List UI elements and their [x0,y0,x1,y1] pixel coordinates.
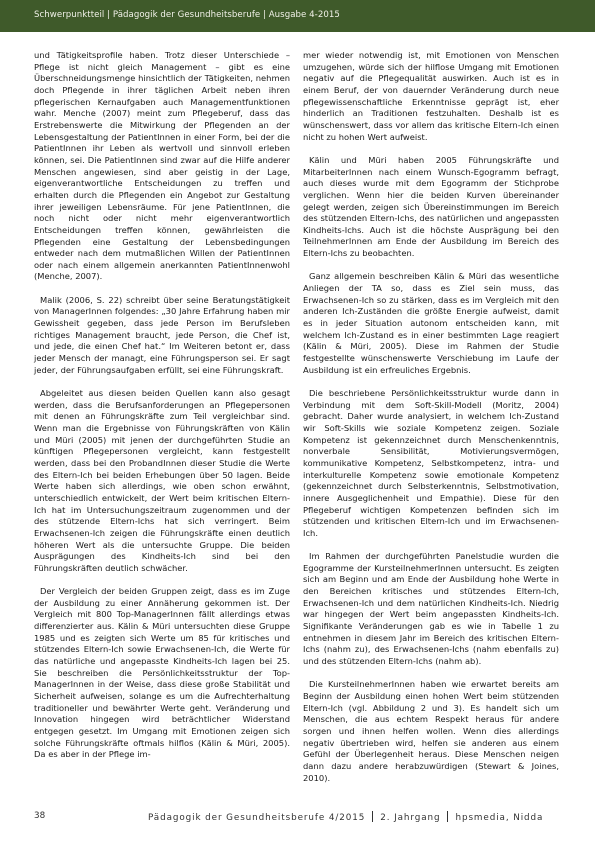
paragraph: Der Vergleich der beiden Gruppen zeigt, … [34,586,290,761]
paragraph: Kälin und Müri haben 2005 Führungskräfte… [303,155,559,260]
journal-volume: 2. Jahrgang [380,813,440,823]
paragraph: mer wieder notwendig ist, mit Emotionen … [303,50,559,143]
page-number: 38 [34,811,45,821]
paragraph: Im Rahmen der durchgeführten Panelstudie… [303,551,559,668]
publisher: hpsmedia, Nidda [455,813,543,823]
running-header-bar: Schwerpunktteil | Pädagogik der Gesundhe… [0,0,595,32]
left-text-column: und Tätigkeitsprofile haben. Trotz diese… [34,50,290,773]
footer-citation: Pädagogik der Gesundheitsberufe 4/20152.… [148,811,543,823]
paragraph: Abgeleitet aus diesen beiden Quellen kan… [34,388,290,575]
page-footer: 38 Pädagogik der Gesundheitsberufe 4/201… [0,811,595,825]
paragraph: Die beschriebene Persönlichkeitsstruktur… [303,388,559,540]
right-text-column: mer wieder notwendig ist, mit Emotionen … [303,50,559,796]
running-header-title: Schwerpunktteil | Pädagogik der Gesundhe… [34,10,340,20]
divider [372,811,373,822]
divider [447,811,448,822]
paragraph: Ganz allgemein beschreiben Kälin & Müri … [303,271,559,376]
paragraph: und Tätigkeitsprofile haben. Trotz diese… [34,50,290,283]
journal-name: Pädagogik der Gesundheitsberufe 4/2015 [148,813,365,823]
paragraph: Die KursteilnehmerInnen haben wie erwart… [303,679,559,784]
paragraph: Malik (2006, S. 22) schreibt über seine … [34,295,290,377]
